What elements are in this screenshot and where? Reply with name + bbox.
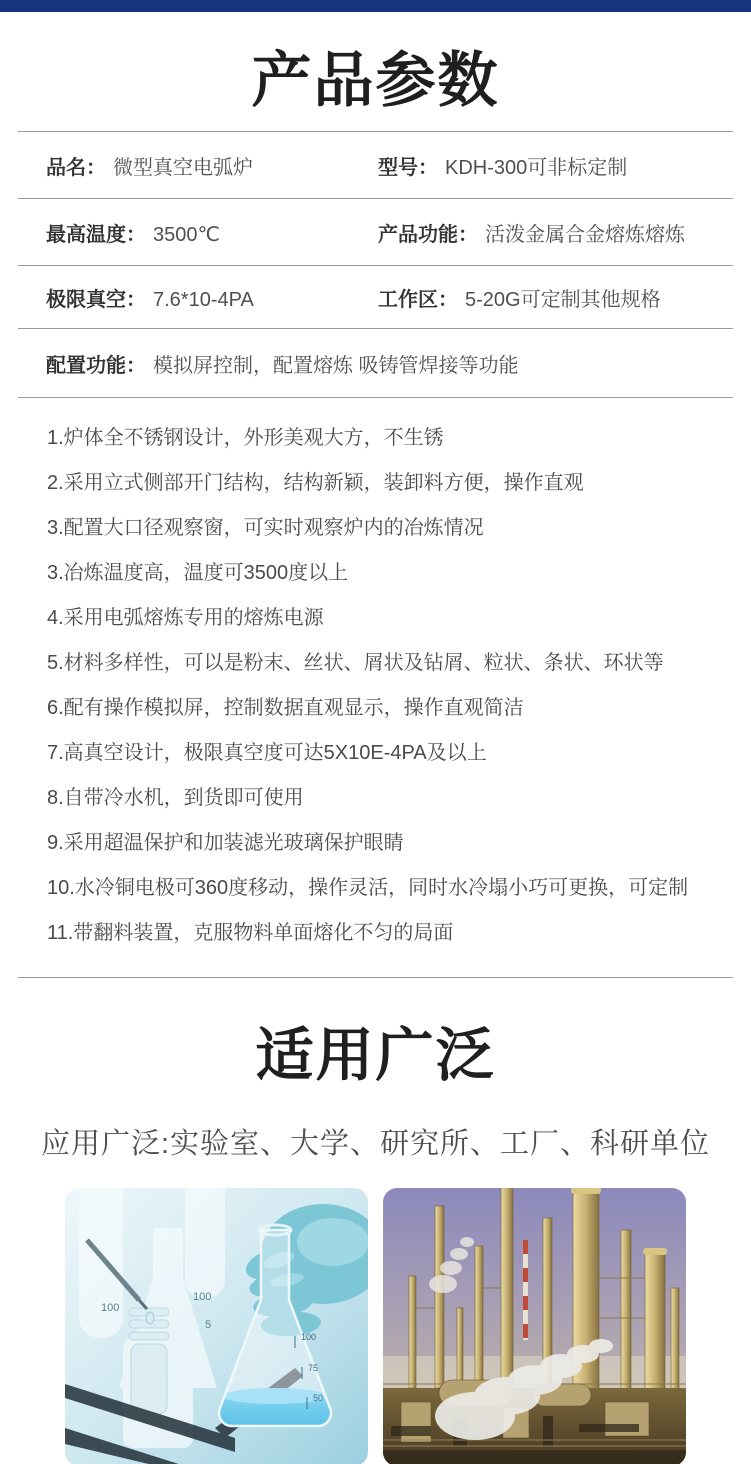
divider — [18, 977, 733, 978]
feature-item: 5.材料多样性，可以是粉末、丝状、屑状及钻屑、粒状、条状、环状等 — [47, 651, 731, 675]
spec-cell: 型号： KDH-300可非标定制 — [378, 151, 627, 180]
spec-cell: 最高温度： 3500℃ — [46, 218, 378, 247]
spec-label: 型号： — [378, 151, 438, 180]
laboratory-photo-illustration: 100 100 5 — [65, 1188, 368, 1464]
feature-item: 3.冶炼温度高，温度可3500度以上 — [47, 561, 731, 585]
section-title-params: 产品参数 — [0, 50, 751, 112]
spec-value: 模拟屏控制，配置熔炼 吸铸管焊接等功能 — [153, 349, 519, 378]
applications-text: 应用广泛:实验室、大学、研究所、工厂、科研单位 — [0, 1121, 751, 1162]
feature-item: 3.配置大口径观察窗，可实时观察炉内的冶炼情况 — [47, 516, 731, 540]
svg-text:100: 100 — [193, 1291, 211, 1303]
top-accent-bar — [0, 0, 751, 12]
svg-text:5: 5 — [205, 1319, 211, 1331]
spec-cell: 极限真空： 7.6*10-4PA — [46, 283, 378, 312]
svg-text:100: 100 — [101, 1302, 119, 1314]
spec-label: 品名： — [46, 151, 106, 180]
laboratory-glassware-photo: 100 100 5 — [65, 1188, 368, 1464]
spec-row: 极限真空： 7.6*10-4PA 工作区： 5-20G可定制其他规格 — [0, 266, 751, 328]
spec-label: 产品功能： — [378, 218, 478, 247]
svg-text:100: 100 — [301, 1332, 316, 1342]
product-detail-page: 产品参数 品名： 微型真空电弧炉 型号： KDH-300可非标定制 最高温度： … — [0, 0, 751, 1464]
spec-cell: 品名： 微型真空电弧炉 — [46, 151, 378, 180]
spec-label: 配置功能： — [46, 349, 146, 378]
spec-label: 最高温度： — [46, 218, 146, 247]
feature-item: 10.水冷铜电极可360度移动，操作灵活，同时水冷塌小巧可更换，可定制 — [47, 876, 731, 900]
spec-value: 微型真空电弧炉 — [113, 151, 253, 180]
spec-cell: 配置功能： 模拟屏控制，配置熔炼 吸铸管焊接等功能 — [46, 349, 519, 378]
feature-item: 9.采用超温保护和加装滤光玻璃保护眼睛 — [47, 831, 731, 855]
feature-item: 6.配有操作模拟屏，控制数据直观显示，操作直观简洁 — [47, 696, 731, 720]
spec-cell: 产品功能： 活泼金属合金熔炼熔炼 — [378, 218, 685, 247]
chemical-plant-photo — [383, 1188, 686, 1464]
spec-value: 活泼金属合金熔炼熔炼 — [485, 218, 685, 247]
spec-label: 工作区： — [378, 283, 458, 312]
feature-item: 8.自带冷水机，到货即可使用 — [47, 786, 731, 810]
chemical-plant-illustration — [383, 1188, 686, 1464]
feature-item: 1.炉体全不锈钢设计，外形美观大方，不生锈 — [47, 426, 731, 450]
section-title-apply: 适用广泛 — [0, 1025, 751, 1087]
spec-value: 3500℃ — [153, 222, 220, 247]
svg-text:50: 50 — [313, 1393, 323, 1403]
spec-label: 极限真空： — [46, 283, 146, 312]
spec-row: 配置功能： 模拟屏控制，配置熔炼 吸铸管焊接等功能 — [0, 329, 751, 397]
features-list: 1.炉体全不锈钢设计，外形美观大方，不生锈 2.采用立式侧部开门结构，结构新颖，… — [0, 398, 751, 945]
spec-value: 7.6*10-4PA — [153, 289, 254, 312]
spec-row: 最高温度： 3500℃ 产品功能： 活泼金属合金熔炼熔炼 — [0, 199, 751, 265]
spec-value: KDH-300可非标定制 — [445, 151, 627, 180]
feature-item: 11.带翻料装置，克服物料单面熔化不匀的局面 — [47, 921, 731, 945]
spec-cell: 工作区： 5-20G可定制其他规格 — [378, 283, 661, 312]
svg-text:75: 75 — [308, 1363, 318, 1373]
feature-item: 4.采用电弧熔炼专用的熔炼电源 — [47, 606, 731, 630]
feature-item: 2.采用立式侧部开门结构，结构新颖，装卸料方便，操作直观 — [47, 471, 731, 495]
feature-item: 7.高真空设计，极限真空度可达5X10E-4PA及以上 — [47, 741, 731, 765]
spec-row: 品名： 微型真空电弧炉 型号： KDH-300可非标定制 — [0, 132, 751, 198]
image-gallery: 100 100 5 — [0, 1188, 751, 1464]
spec-value: 5-20G可定制其他规格 — [465, 283, 661, 312]
